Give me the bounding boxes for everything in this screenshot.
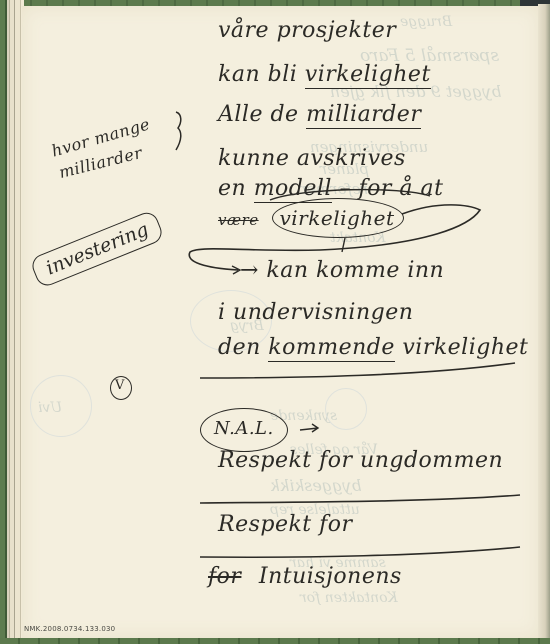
handwritten-line: Respekt for ungdommen <box>218 448 503 473</box>
handwritten-line: Respekt for <box>218 512 353 537</box>
circled-marker-label: V <box>115 378 125 393</box>
circled-label-nal: N.A.L. <box>214 418 274 439</box>
archive-stamp: NMK.2008.0734.133.030 <box>24 625 115 633</box>
struck-word: for <box>208 564 241 589</box>
handwritten-line: for Intuisjonens <box>208 564 402 589</box>
line-text: Intuisjonens <box>259 564 402 589</box>
ink-strokes <box>0 0 550 644</box>
